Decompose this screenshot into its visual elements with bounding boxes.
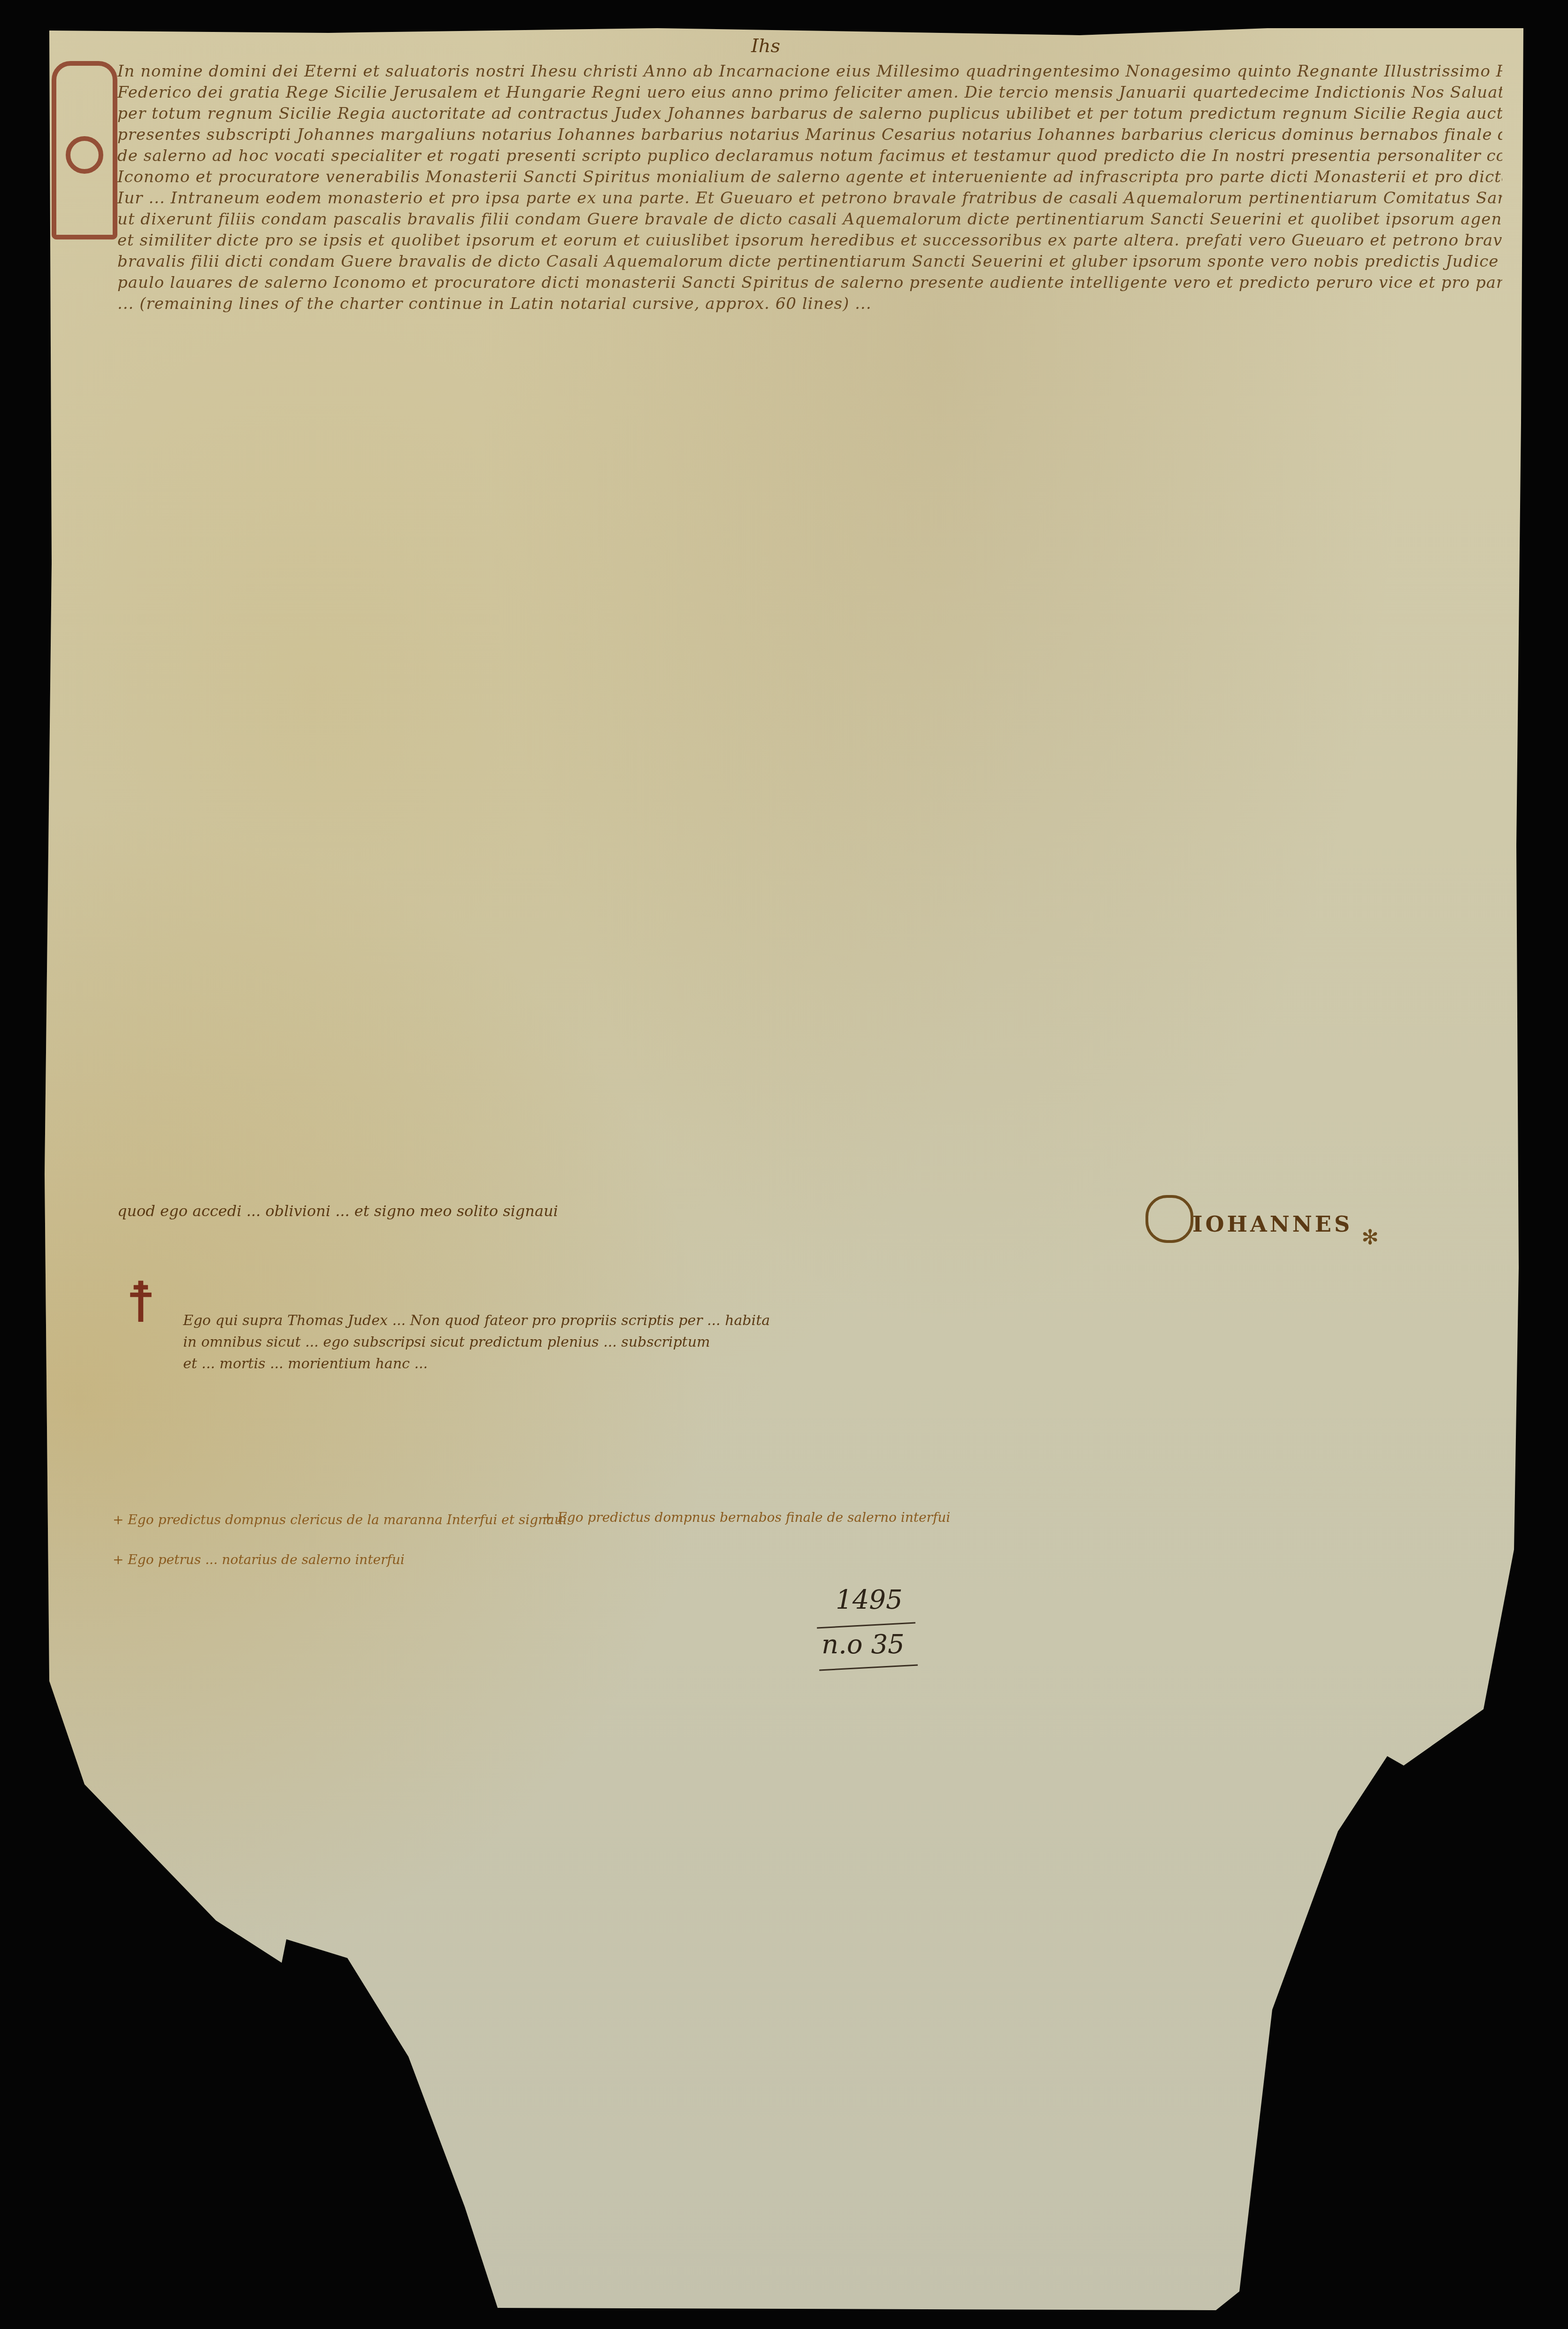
body-line: per totum regnum Sicilie Regia auctorita… xyxy=(117,103,1502,124)
body-line: et similiter dicte pro se ipsis et quoli… xyxy=(117,230,1502,251)
archive-number-annotation: n.o 35 xyxy=(822,1629,905,1660)
notary-signum-icon xyxy=(1145,1195,1193,1243)
judge-cross-signum-icon: ☨ xyxy=(113,1268,169,1338)
witness-subscription: + Ego predictus dompnus bernabos finale … xyxy=(542,1510,950,1525)
judge-line: in omnibus sicut ... ego subscripsi sicu… xyxy=(183,1332,1498,1353)
asterisk-mark-icon: ✻ xyxy=(1361,1226,1379,1249)
parchment-sheet xyxy=(0,0,1568,2329)
body-line: paulo lauares de salerno Iconomo et proc… xyxy=(117,272,1502,293)
body-line: Iconomo et procuratore venerabilis Monas… xyxy=(117,167,1502,188)
body-line: presentes subscripti Johannes margaliuns… xyxy=(117,124,1502,146)
charter-body-text: In nomine domini dei Eterni et saluatori… xyxy=(117,61,1502,315)
body-line: In nomine domini dei Eterni et saluatori… xyxy=(117,61,1502,82)
body-line: Iur ... Intraneum eodem monasterio et pr… xyxy=(117,188,1502,209)
body-line: de salerno ad hoc vocati specialiter et … xyxy=(117,146,1502,167)
body-line: ut dixerunt filiis condam pascalis brava… xyxy=(117,209,1502,230)
body-line: bravalis filii dicti condam Guere braval… xyxy=(117,251,1502,272)
witness-subscription: + Ego petrus ... notarius de salerno int… xyxy=(113,1552,405,1567)
body-line: Federico dei gratia Rege Sicilie Jerusal… xyxy=(117,82,1502,103)
notary-signature: IOHANNES xyxy=(1192,1211,1353,1237)
judge-line: Ego qui supra Thomas Judex ... Non quod … xyxy=(183,1310,1498,1332)
archive-year-annotation: 1495 xyxy=(836,1585,903,1615)
body-line: ... (remaining lines of the charter cont… xyxy=(117,293,1502,315)
judge-subscription: Ego qui supra Thomas Judex ... Non quod … xyxy=(183,1310,1498,1375)
witness-subscription: + Ego predictus dompnus clericus de la m… xyxy=(113,1512,567,1527)
decorated-initial-letter xyxy=(52,61,117,239)
notary-closing-text: quod ego accedi ... oblivioni ... et sig… xyxy=(117,1202,1150,1220)
judge-line: et ... mortis ... morientium hanc ... xyxy=(183,1353,1498,1375)
invocation-mark: Ihs xyxy=(751,35,780,57)
